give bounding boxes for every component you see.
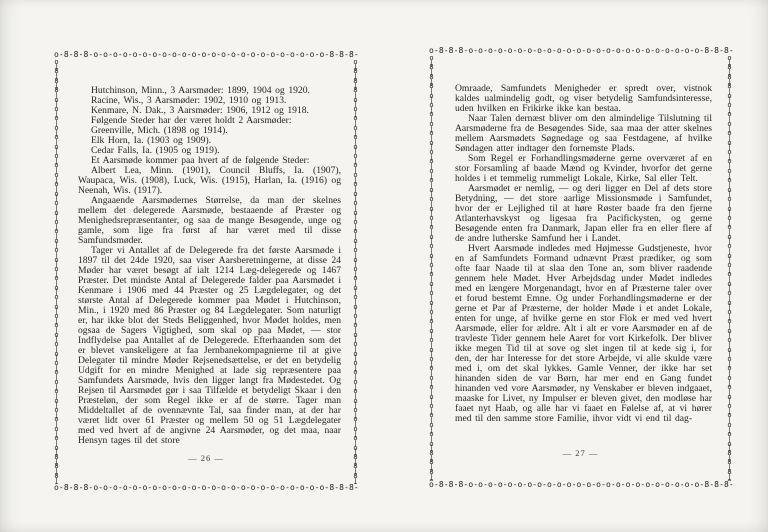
paragraph: Tager vi Antallet af de Delegerede fra d…: [78, 246, 341, 446]
page-text-right: Omraade, Samfundets Menigheder er spredt…: [455, 84, 712, 444]
chain-border-right: o|8|8|8|o|o|o|o|o|o|o|o|o|o|o|o|o|o|o|o|…: [352, 60, 359, 484]
paragraph: Albert Lea, Minn. (1901), Council Bluffs…: [78, 166, 341, 196]
chain-border-right: o|8|8|8|o|o|o|o|o|o|o|o|o|o|o|o|o|o|o|o|…: [726, 56, 733, 481]
paragraph: Omraade, Samfundets Menigheder er spredt…: [455, 84, 712, 114]
chain-border-top: o-8-8-8-o-o-o-o-o-o-o-o-o-o-o-o-o-o-o-o-…: [54, 51, 358, 60]
paragraph: Hvert Aarsmøde indledes med Højmesse Gud…: [455, 244, 712, 424]
page-left: o-8-8-8-o-o-o-o-o-o-o-o-o-o-o-o-o-o-o-o-…: [57, 55, 355, 489]
chain-border-bottom: o-8-8-8-o-o-o-o-o-o-o-o-o-o-o-o-o-o-o-o-…: [429, 481, 733, 490]
page-text-left: Hutchinson, Minn., 3 Aarsmøder: 1899, 19…: [78, 86, 341, 447]
paragraph: Aarsmødet er nemlig, — og deri ligger en…: [455, 184, 712, 244]
paragraph: Angaaende Aarsmødernes Størrelse, da man…: [78, 196, 341, 246]
scanned-book-spread: o-8-8-8-o-o-o-o-o-o-o-o-o-o-o-o-o-o-o-o-…: [0, 0, 768, 532]
page-number-left: — 26 —: [57, 453, 355, 463]
paragraph: Som Regel er Forhandlingsmøderne gerne o…: [455, 154, 712, 184]
chain-border-left: o|8|8|8|o|o|o|o|o|o|o|o|o|o|o|o|o|o|o|o|…: [428, 56, 435, 481]
page-number-right: — 27 —: [432, 448, 729, 458]
paragraph: Naar Talen dernæst bliver om den alminde…: [455, 114, 712, 154]
chain-border-top: o-8-8-8-o-o-o-o-o-o-o-o-o-o-o-o-o-o-o-o-…: [429, 47, 733, 56]
chain-border-bottom: o-8-8-8-o-o-o-o-o-o-o-o-o-o-o-o-o-o-o-o-…: [54, 484, 358, 493]
page-right: o-8-8-8-o-o-o-o-o-o-o-o-o-o-o-o-o-o-o-o-…: [432, 51, 729, 486]
chain-border-left: o|8|8|8|o|o|o|o|o|o|o|o|o|o|o|o|o|o|o|o|…: [53, 60, 60, 484]
